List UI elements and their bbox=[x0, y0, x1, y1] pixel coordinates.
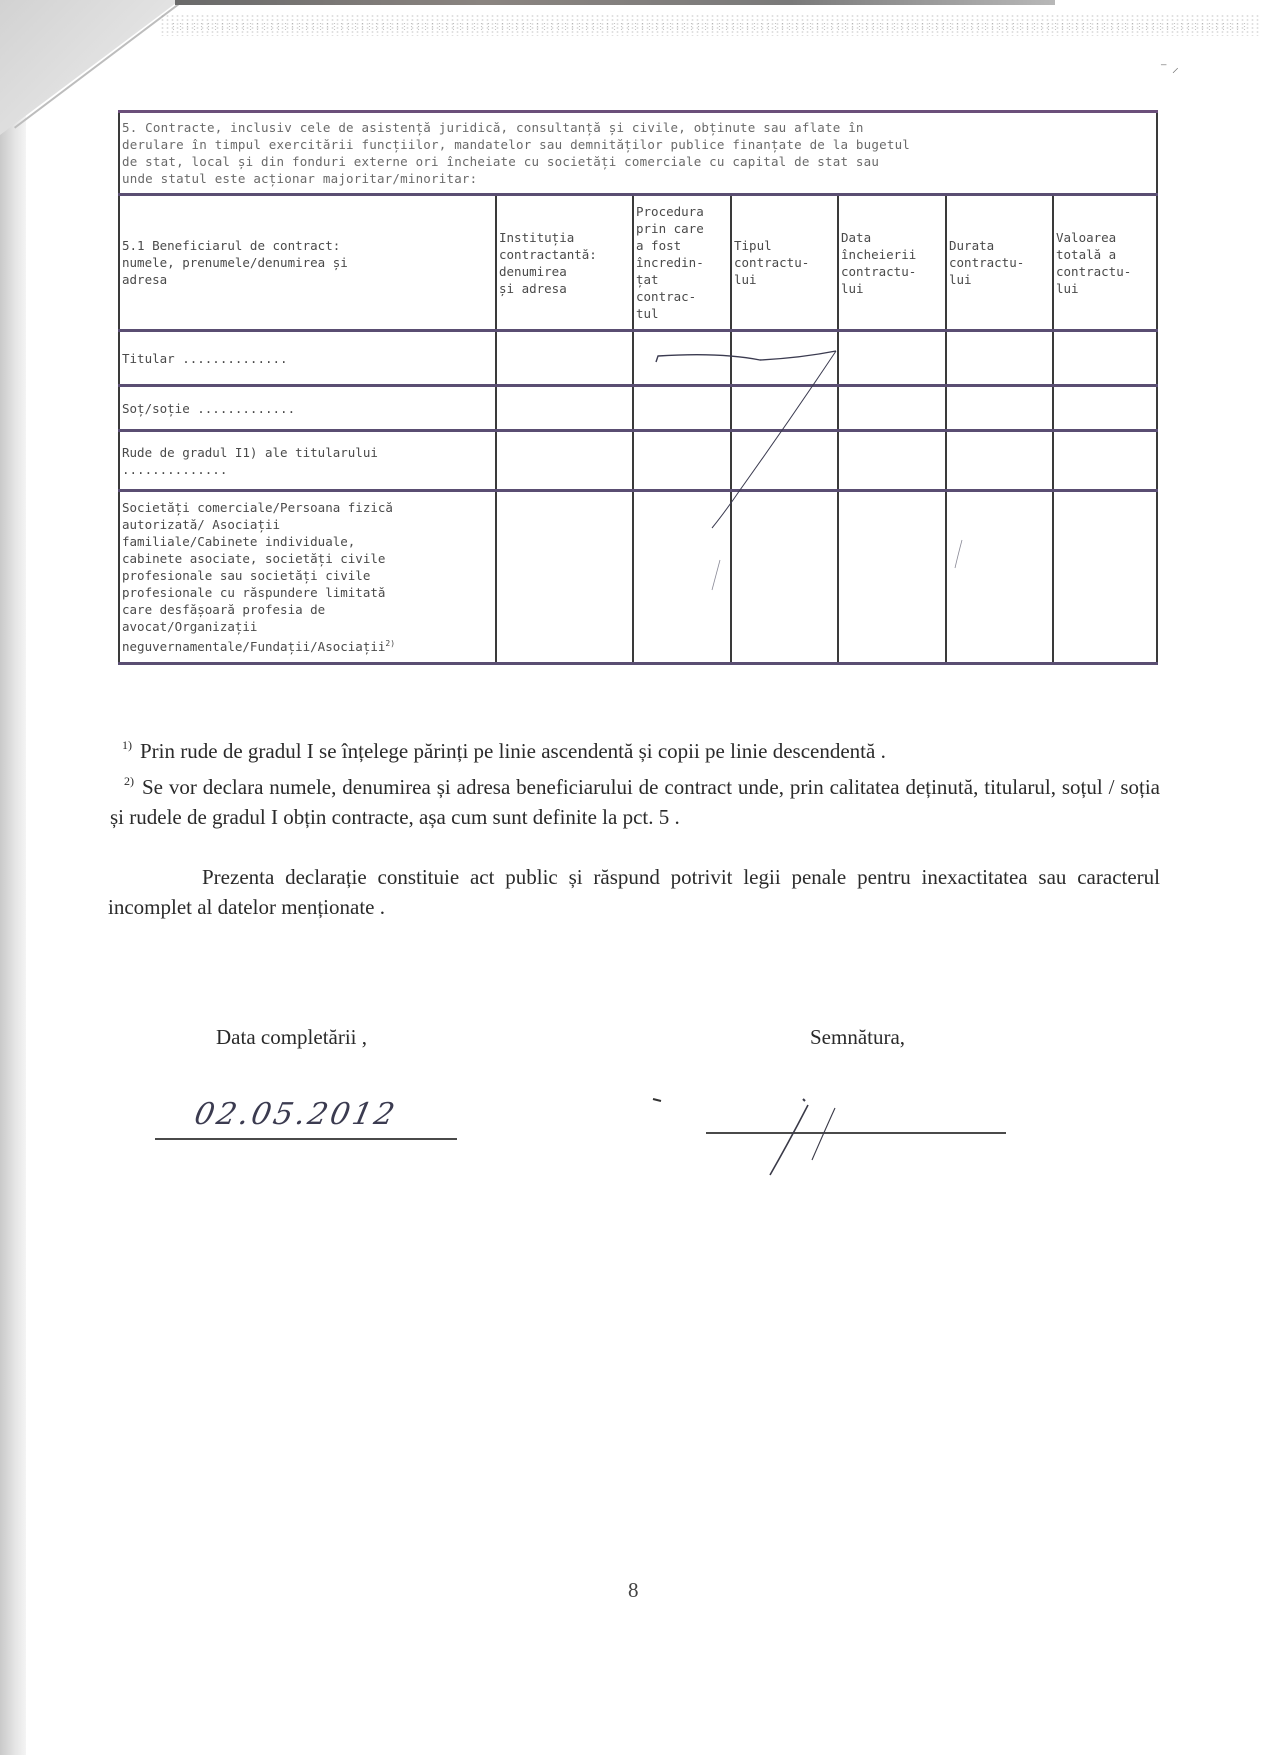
row-label-spouse: Soț/soție ............. bbox=[119, 386, 496, 431]
footnote-2: 2)Se vor declara numele, denumirea și ad… bbox=[108, 766, 1160, 832]
table-cell[interactable] bbox=[731, 331, 838, 386]
date-underline bbox=[155, 1138, 457, 1140]
table-cell[interactable] bbox=[496, 491, 633, 664]
intro-line: 5. Contracte, inclusiv cele de asistență… bbox=[122, 119, 1154, 136]
table-cell[interactable] bbox=[1053, 386, 1157, 431]
column-header-contract-type: Tipul contractu- lui bbox=[731, 195, 838, 331]
table-cell[interactable] bbox=[496, 386, 633, 431]
table-cell[interactable] bbox=[946, 491, 1053, 664]
table-cell[interactable] bbox=[838, 491, 946, 664]
table-cell[interactable] bbox=[496, 331, 633, 386]
table-cell[interactable] bbox=[633, 431, 731, 491]
table-cell[interactable] bbox=[946, 331, 1053, 386]
declaration-text: Prezenta declarație constituie act publi… bbox=[108, 862, 1160, 922]
footnotes: 1)Prin rude de gradul I se înțelege pări… bbox=[108, 730, 1160, 922]
table-cell[interactable] bbox=[838, 331, 946, 386]
ink-dot bbox=[653, 1099, 661, 1101]
intro-line: de stat, local și din fonduri externe or… bbox=[122, 153, 1154, 170]
contracts-table: 5. Contracte, inclusiv cele de asistență… bbox=[118, 110, 1158, 665]
column-header-total-value: Valoarea totală a contractu- lui bbox=[1053, 195, 1157, 331]
signature-mark bbox=[770, 1099, 835, 1175]
intro-line: unde statul este acționar majoritar/mino… bbox=[122, 170, 1154, 187]
handwritten-date: 02.05.2012 bbox=[191, 1097, 400, 1132]
table-row: Titular .............. bbox=[119, 331, 1157, 386]
table-row: Soț/soție ............. bbox=[119, 386, 1157, 431]
intro-line: derulare în timpul exercitării funcțiilo… bbox=[122, 136, 1154, 153]
column-header-institution: Instituția contractantă: denumirea și ad… bbox=[496, 195, 633, 331]
table-cell[interactable] bbox=[633, 386, 731, 431]
table-cell[interactable] bbox=[633, 491, 731, 664]
table-cell[interactable] bbox=[731, 491, 838, 664]
section-5-intro: 5. Contracte, inclusiv cele de asistență… bbox=[119, 112, 1157, 195]
row-label-titular: Titular .............. bbox=[119, 331, 496, 386]
column-header-conclusion-date: Data încheierii contractu- lui bbox=[838, 195, 946, 331]
table-cell[interactable] bbox=[946, 386, 1053, 431]
table-cell[interactable] bbox=[731, 431, 838, 491]
footnote-ref: 2) bbox=[385, 639, 395, 648]
scan-top-band bbox=[175, 0, 1055, 5]
page-number: 8 bbox=[628, 1578, 639, 1603]
signature-label: Semnătura, bbox=[810, 1025, 905, 1050]
scan-noise bbox=[170, 22, 1250, 32]
table-header-row: 5.1 Beneficiarul de contract: numele, pr… bbox=[119, 195, 1157, 331]
row-label-relatives: Rude de gradul I1) ale titularului .....… bbox=[119, 431, 496, 491]
scan-mark: ⁻ ⸝ bbox=[1160, 58, 1179, 77]
table-cell[interactable] bbox=[731, 386, 838, 431]
column-header-beneficiary: 5.1 Beneficiarul de contract: numele, pr… bbox=[119, 195, 496, 331]
column-header-procedure: Procedura prin care a fost încredin- țat… bbox=[633, 195, 731, 331]
table-cell[interactable] bbox=[496, 431, 633, 491]
footnote-1: 1)Prin rude de gradul I se înțelege pări… bbox=[108, 730, 1160, 766]
table-cell[interactable] bbox=[838, 431, 946, 491]
column-header-duration: Durata contractu- lui bbox=[946, 195, 1053, 331]
table-cell[interactable] bbox=[1053, 431, 1157, 491]
table-cell[interactable] bbox=[633, 331, 731, 386]
footnote-mark: 1) bbox=[122, 738, 132, 752]
table-cell[interactable] bbox=[1053, 491, 1157, 664]
footnote-text: Prin rude de gradul I se înțelege părinț… bbox=[140, 739, 886, 763]
table-cell[interactable] bbox=[1053, 331, 1157, 386]
table-row: Rude de gradul I1) ale titularului .....… bbox=[119, 431, 1157, 491]
footnote-mark: 2) bbox=[124, 774, 134, 788]
row-label-companies: Societăți comerciale/Persoana fizică aut… bbox=[119, 491, 496, 664]
footnote-text: Se vor declara numele, denumirea și adre… bbox=[110, 775, 1160, 829]
table-cell[interactable] bbox=[946, 431, 1053, 491]
signature-line bbox=[706, 1132, 1006, 1134]
scan-edge-strip bbox=[0, 0, 26, 1755]
row-label-text: Societăți comerciale/Persoana fizică aut… bbox=[122, 500, 393, 654]
table-cell[interactable] bbox=[838, 386, 946, 431]
table-row: Societăți comerciale/Persoana fizică aut… bbox=[119, 491, 1157, 664]
date-label: Data completării , bbox=[216, 1025, 367, 1050]
